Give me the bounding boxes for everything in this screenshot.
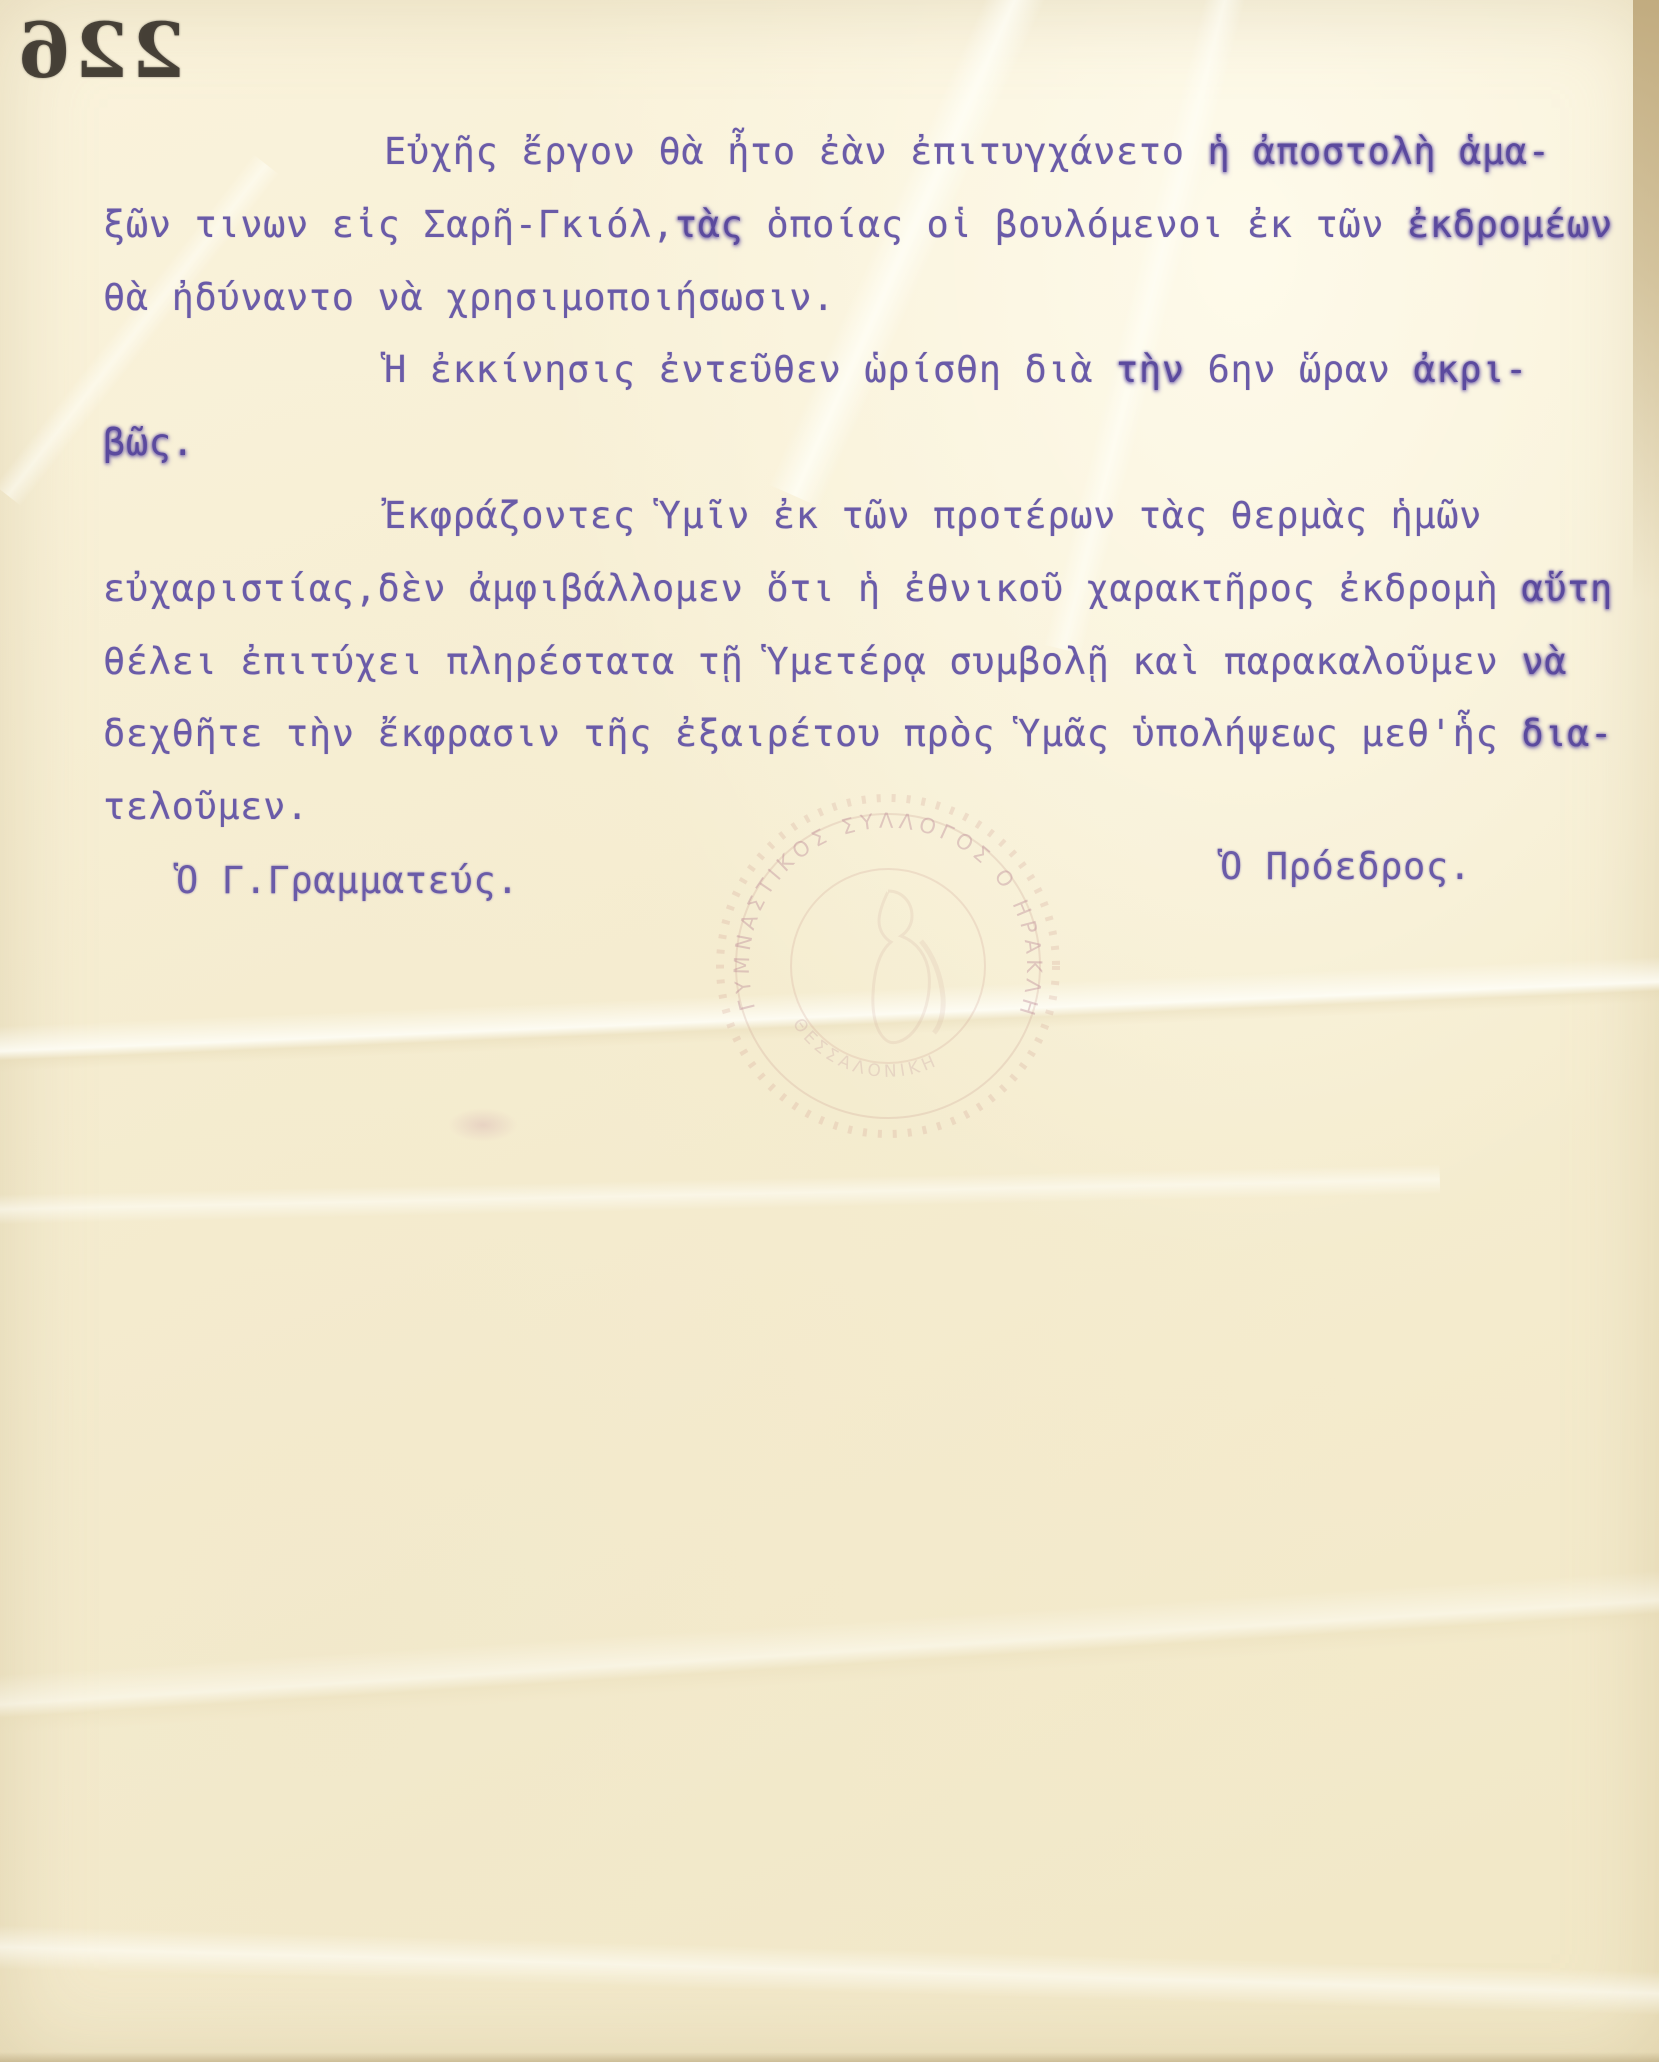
svg-text:ΘΕΣΣΑΛΟΝΙΚΗ: ΘΕΣΣΑΛΟΝΙΚΗ (788, 1015, 942, 1082)
letter-text-segment: δεχθῆτε τὴν ἔκφρασιν τῆς ἐξαιρέτου πρὸς … (103, 712, 1521, 755)
letter-line: ξῶν τινων εἰς Σαρῆ-Γκιόλ,τὰς ὁποίας οἱ β… (103, 189, 1623, 262)
letter-line: δεχθῆτε τὴν ἔκφρασιν τῆς ἐξαιρέτου πρὸς … (103, 698, 1623, 771)
paper-crease (0, 1164, 1440, 1225)
letter-line: Ἐκφράζοντες Ὑμῖν ἐκ τῶν προτέρων τὰς θερ… (103, 480, 1623, 553)
letter-text-segment: ἡ ἀποστολὴ ἁμα- (1208, 130, 1551, 173)
letter-line: τελοῦμεν. (103, 771, 1623, 844)
letter-body: Εὐχῆς ἔργον θὰ ἦτο ἐὰν ἐπιτυγχάνετο ἡ ἀπ… (103, 116, 1623, 844)
letter-text-segment: 6ην ὥραν (1185, 348, 1414, 391)
page-number-stamp-mirrored: 226 (14, 6, 185, 95)
letter-text-segment: δια- (1521, 712, 1613, 755)
letter-text-segment: αὕτη (1521, 567, 1613, 610)
letter-text-segment: ὁποίας οἱ βουλόμενοι ἐκ τῶν (744, 203, 1407, 246)
letter-text-segment: ἐκδρομέων (1407, 203, 1613, 246)
scan-edge (0, 2052, 1659, 2062)
letter-text-segment: Ἡ ἐκκίνησις ἐντεῦθεν ὡρίσθη διὰ (384, 348, 1116, 391)
seal-figure-club (921, 941, 943, 1033)
paper-crease (0, 952, 1659, 1073)
letter-text-segment: βῶς. (103, 421, 195, 464)
letter-line: θὰ ἠδύναντο νὰ χρησιμοποιήσωσιν. (103, 262, 1623, 335)
letter-text-segment: ἀκρι- (1413, 348, 1527, 391)
letter-text-segment: Ἐκφράζοντες Ὑμῖν ἐκ τῶν προτέρων τὰς θερ… (384, 494, 1482, 537)
letter-text-segment: νὰ (1521, 640, 1567, 683)
letter-text-segment: τὴν (1116, 348, 1185, 391)
letter-text-segment: τὰς (675, 203, 744, 246)
signature-secretary: Ὁ Γ.Γραμματεύς. (176, 859, 519, 902)
letter-line: Ἡ ἐκκίνησις ἐντεῦθεν ὡρίσθη διὰ τὴν 6ην … (103, 334, 1623, 407)
letter-text-segment: Εὐχῆς ἔργον θὰ ἦτο ἐὰν ἐπιτυγχάνετο (384, 130, 1208, 173)
scan-edge (1633, 0, 1659, 600)
letter-text-segment: θὰ ἠδύναντο νὰ χρησιμοποιήσωσιν. (103, 276, 835, 319)
letter-text-segment: εὐχαριστίας,δὲν ἀμφιβάλλομεν ὅτι ἡ ἐθνικ… (103, 567, 1521, 610)
letter-line: Εὐχῆς ἔργον θὰ ἦτο ἐὰν ἐπιτυγχάνετο ἡ ἀπ… (103, 116, 1623, 189)
signature-row: Ὁ Γ.Γραμματεύς. Ὁ Πρόεδρος. (0, 845, 1659, 925)
letter-text-segment: ξῶν τινων εἰς Σαρῆ-Γκιόλ, (103, 203, 675, 246)
paper-crease (0, 1560, 1659, 1739)
paper-crease (0, 1923, 1659, 2020)
letter-text-segment: τελοῦμεν. (103, 785, 309, 828)
letter-line: βῶς. (103, 407, 1623, 480)
letter-line: εὐχαριστίας,δὲν ἀμφιβάλλομεν ὅτι ἡ ἐθνικ… (103, 553, 1623, 626)
scanned-letter-page: 226 Εὐχῆς ἔργον θὰ ἦτο ἐὰν ἐπιτυγχάνετο … (0, 0, 1659, 2062)
seal-bottom-text: ΘΕΣΣΑΛΟΝΙΚΗ (788, 1015, 942, 1082)
letter-line: θέλει ἐπιτύχει πληρέστατα τῇ Ὑμετέρᾳ συμ… (103, 626, 1623, 699)
letter-text-segment: θέλει ἐπιτύχει πληρέστατα τῇ Ὑμετέρᾳ συμ… (103, 640, 1521, 683)
ink-stain (448, 1108, 518, 1142)
signature-president: Ὁ Πρόεδρος. (1220, 845, 1472, 888)
